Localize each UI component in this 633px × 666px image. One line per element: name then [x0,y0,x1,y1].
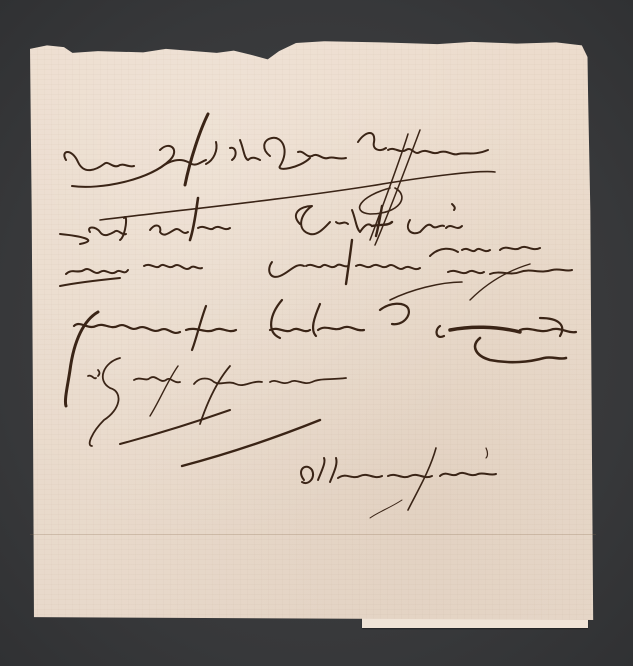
address-line-4-strokes [65,282,576,406]
address-line-5-strokes [88,358,346,466]
handwriting-strokes [0,0,633,666]
address-line-2-strokes [60,198,462,244]
address-line-1-strokes [64,114,488,245]
place-line-strokes [301,448,496,518]
address-line-3-strokes [60,240,572,300]
